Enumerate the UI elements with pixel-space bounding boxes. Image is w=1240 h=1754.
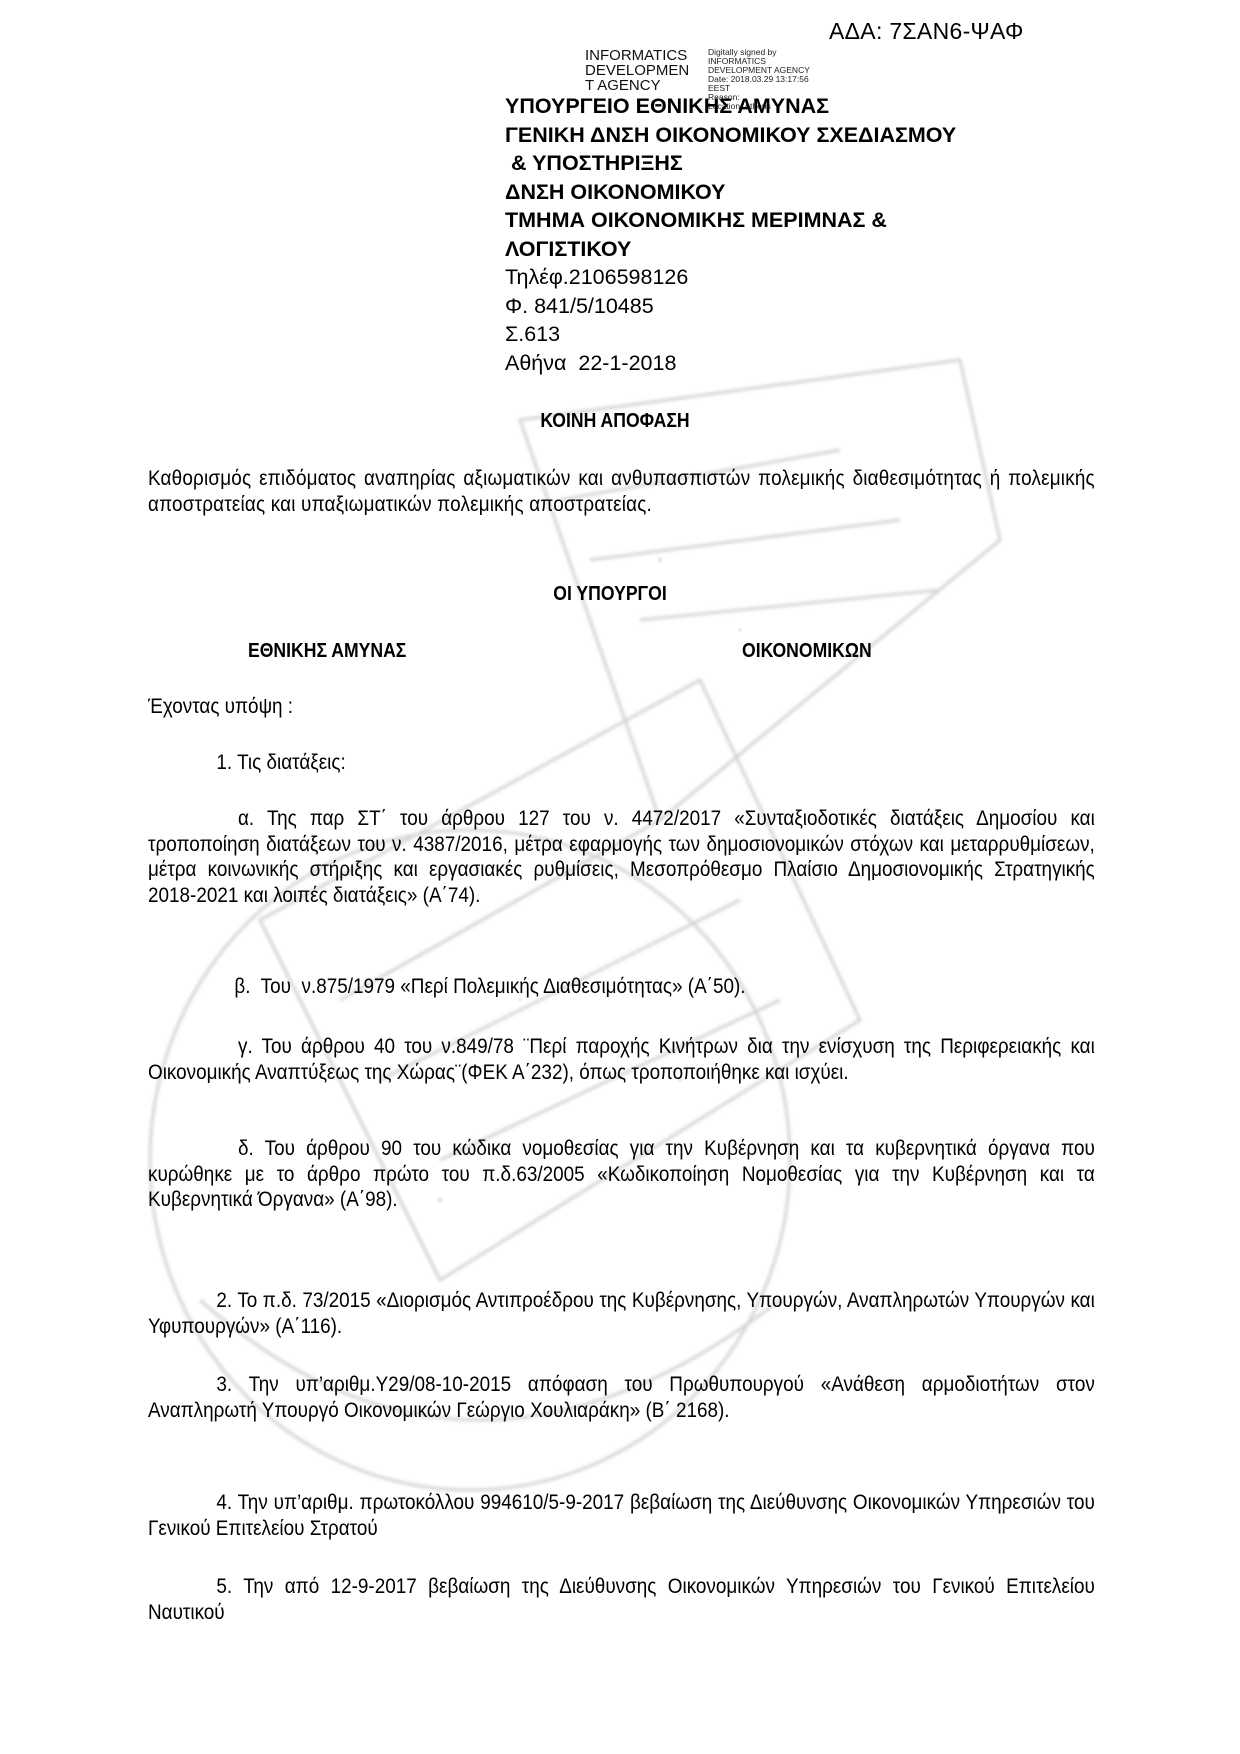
file-reference: Φ. 841/5/10485 bbox=[505, 292, 956, 321]
item-2-text: 2. Το π.δ. 73/2015 «Διορισμός Αντιπροέδρ… bbox=[148, 1288, 1095, 1339]
item-1-intro: 1. Τις διατάξεις: bbox=[148, 750, 1095, 776]
directorate: ΔΝΣΗ ΟΙΚΟΝΟΜΙΚΟΥ bbox=[505, 178, 956, 207]
subject-text: Καθορισμός επιδόματος αναπηρίας αξιωματι… bbox=[148, 466, 1095, 517]
issuer-header: ΥΠΟΥΡΓΕΙΟ ΕΘΝΙΚΗΣ ΑΜΥΝΑΣ ΓΕΝΙΚΗ ΔΝΣΗ ΟΙΚ… bbox=[505, 92, 956, 377]
ministry-name: ΥΠΟΥΡΓΕΙΟ ΕΘΝΙΚΗΣ ΑΜΥΝΑΣ bbox=[505, 92, 956, 121]
signer-line: DEVELOPMEN bbox=[585, 63, 703, 78]
item-1-text: 1. Τις διατάξεις: bbox=[148, 750, 1000, 776]
phone: Τηλέφ.2106598126 bbox=[505, 263, 956, 292]
item-3: 3. Την υπ’αριθμ.Υ29/08-10-2015 απόφαση τ… bbox=[148, 1372, 1095, 1423]
ministers-heading: ΟΙ ΥΠΟΥΡΓΟΙ bbox=[531, 583, 689, 606]
document-title: ΚΟΙΝΗ ΑΠΟΦΑΣΗ bbox=[518, 410, 712, 433]
department: ΤΜΗΜΑ ΟΙΚΟΝΟΜΙΚΗΣ ΜΕΡΙΜΝΑΣ & bbox=[505, 206, 956, 235]
sigma-reference: Σ.613 bbox=[505, 320, 956, 349]
minister-national-defence: ΕΘΝΙΚΗΣ ΑΜΥΝΑΣ bbox=[248, 640, 406, 663]
item-5-text: 5. Την από 12-9-2017 βεβαίωση της Διεύθυ… bbox=[148, 1574, 1095, 1625]
item-1a: α. Της παρ ΣΤ΄ του άρθρου 127 του ν. 447… bbox=[148, 806, 1095, 908]
item-4-text: 4. Την υπ’αριθμ. πρωτοκόλλου 994610/5-9-… bbox=[148, 1490, 1095, 1541]
item-3-text: 3. Την υπ’αριθμ.Υ29/08-10-2015 απόφαση τ… bbox=[148, 1372, 1095, 1423]
item-1c-text: γ. Του άρθρου 40 του ν.849/78 ¨Περί παρο… bbox=[148, 1034, 1095, 1085]
item-1d-text: δ. Του άρθρου 90 του κώδικα νομοθεσίας γ… bbox=[148, 1136, 1095, 1213]
place-date: Αθήνα 22-1-2018 bbox=[505, 349, 956, 378]
item-1d: δ. Του άρθρου 90 του κώδικα νομοθεσίας γ… bbox=[148, 1136, 1095, 1213]
ada-code: ΑΔΑ: 7ΣΑΝ6-ΨΑΦ bbox=[829, 18, 1024, 45]
subject-paragraph: Καθορισμός επιδόματος αναπηρίας αξιωματι… bbox=[148, 466, 1095, 517]
item-5: 5. Την από 12-9-2017 βεβαίωση της Διεύθυ… bbox=[148, 1574, 1095, 1625]
directorate-general: ΓΕΝΙΚΗ ΔΝΣΗ ΟΙΚΟΝΟΜΙΚΟΥ ΣΧΕΔΙΑΣΜΟΥ bbox=[505, 121, 956, 150]
signer-line: T AGENCY bbox=[585, 78, 703, 93]
item-1c: γ. Του άρθρου 40 του ν.849/78 ¨Περί παρο… bbox=[148, 1034, 1095, 1085]
item-2: 2. Το π.δ. 73/2015 «Διορισμός Αντιπροέδρ… bbox=[148, 1288, 1095, 1339]
item-4: 4. Την υπ’αριθμ. πρωτοκόλλου 994610/5-9-… bbox=[148, 1490, 1095, 1541]
directorate-general-cont: & ΥΠΟΣΤΗΡΙΞΗΣ bbox=[505, 149, 956, 178]
department-cont: ΛΟΓΙΣΤΙΚΟΥ bbox=[505, 235, 956, 264]
item-1a-text: α. Της παρ ΣΤ΄ του άρθρου 127 του ν. 447… bbox=[148, 806, 1095, 908]
minister-finance: ΟΙΚΟΝΟΜΙΚΩΝ bbox=[742, 640, 872, 663]
item-1b: β. Του ν.875/1979 «Περί Πολεμικής Διαθεσ… bbox=[148, 974, 1095, 1000]
digital-signer-name: INFORMATICS DEVELOPMEN T AGENCY bbox=[585, 48, 703, 93]
item-1b-text: β. Του ν.875/1979 «Περί Πολεμικής Διαθεσ… bbox=[148, 974, 1000, 1000]
considering-text: Έχοντας υπόψη : bbox=[148, 694, 1000, 720]
considering-label: Έχοντας υπόψη : bbox=[148, 694, 1095, 720]
signer-line: INFORMATICS bbox=[585, 48, 703, 63]
